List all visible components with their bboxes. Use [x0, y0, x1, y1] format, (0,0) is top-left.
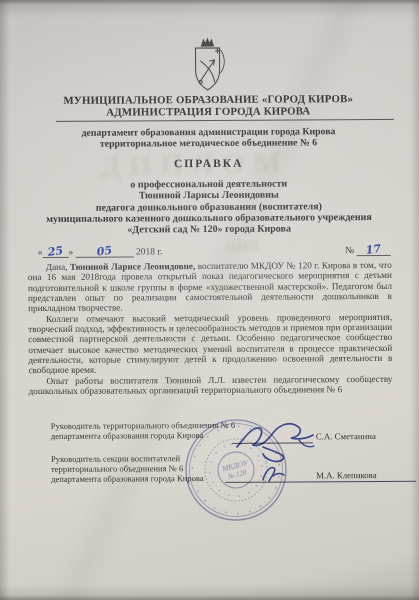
document-title: СПРАВКА [0, 157, 418, 172]
paragraph-1: Дана, Тюниной Ларисе Леонидовне, воспита… [28, 260, 392, 314]
document-body: Дана, Тюниной Ларисе Леонидовне, воспита… [28, 260, 393, 397]
header-divider [56, 119, 394, 122]
close-quote: » [68, 248, 73, 258]
p1-recipient-name: Тюниной Ларисе Леонидовне, [70, 261, 195, 272]
number-sign: № [345, 246, 354, 256]
date-and-number-row: «25» 05 2018 г. № 17 [38, 244, 391, 258]
number-blank: 17 [357, 244, 391, 256]
number-field: № 17 [345, 244, 391, 256]
document-page: МУНИЦИПАЛЬНОЕ ОБРАЗОВАНИЕ «ГОРОД КИРОВ» … [0, 0, 419, 600]
scanned-document-photo: ДИПЛОМ вна МУНИЦИПАЛЬНОЕ ОБРАЗОВАНИЕ «ГО… [0, 0, 419, 600]
day-blank: 25 [42, 246, 68, 258]
signatory1-title-line1: Руководитель территориального объединени… [51, 420, 235, 431]
org-name-line2: АДМИНИСТРАЦИЯ ГОРОДА КИРОВА [0, 106, 418, 120]
handwritten-day: 25 [47, 246, 63, 258]
signatory2-name: М.А. Клепикова [316, 470, 377, 480]
signature1-line [232, 442, 313, 443]
p1-prefix: Дана, [46, 262, 70, 272]
date-field: «25» 05 2018 г. [38, 245, 163, 258]
signatory1-title-line2: департамента образования города Кирова [51, 430, 204, 441]
paragraph-3: Опыт работы воспитателя Тюниной Л.Л. изв… [28, 374, 392, 397]
paragraph-2: Коллеги отмечают высокий методический ур… [28, 312, 392, 376]
signatory1-name: С.А. Сметанина [316, 431, 376, 441]
subject-line: «Детский сад № 120» города Кирова [0, 223, 419, 237]
document-subject: о профессиональной деятельности Тюниной … [0, 178, 419, 237]
handwritten-number: 17 [366, 244, 382, 256]
month-blank: 05 [76, 245, 134, 257]
handwritten-month: 05 [96, 246, 112, 258]
department-line2: территориальное методическое объединение… [0, 137, 418, 151]
signature2-line [225, 481, 416, 483]
kirov-coat-of-arms-icon [189, 36, 227, 98]
signatory2-title-line3: департамента образования города Кирова [51, 473, 204, 484]
year-label: 2018 г. [136, 247, 163, 257]
